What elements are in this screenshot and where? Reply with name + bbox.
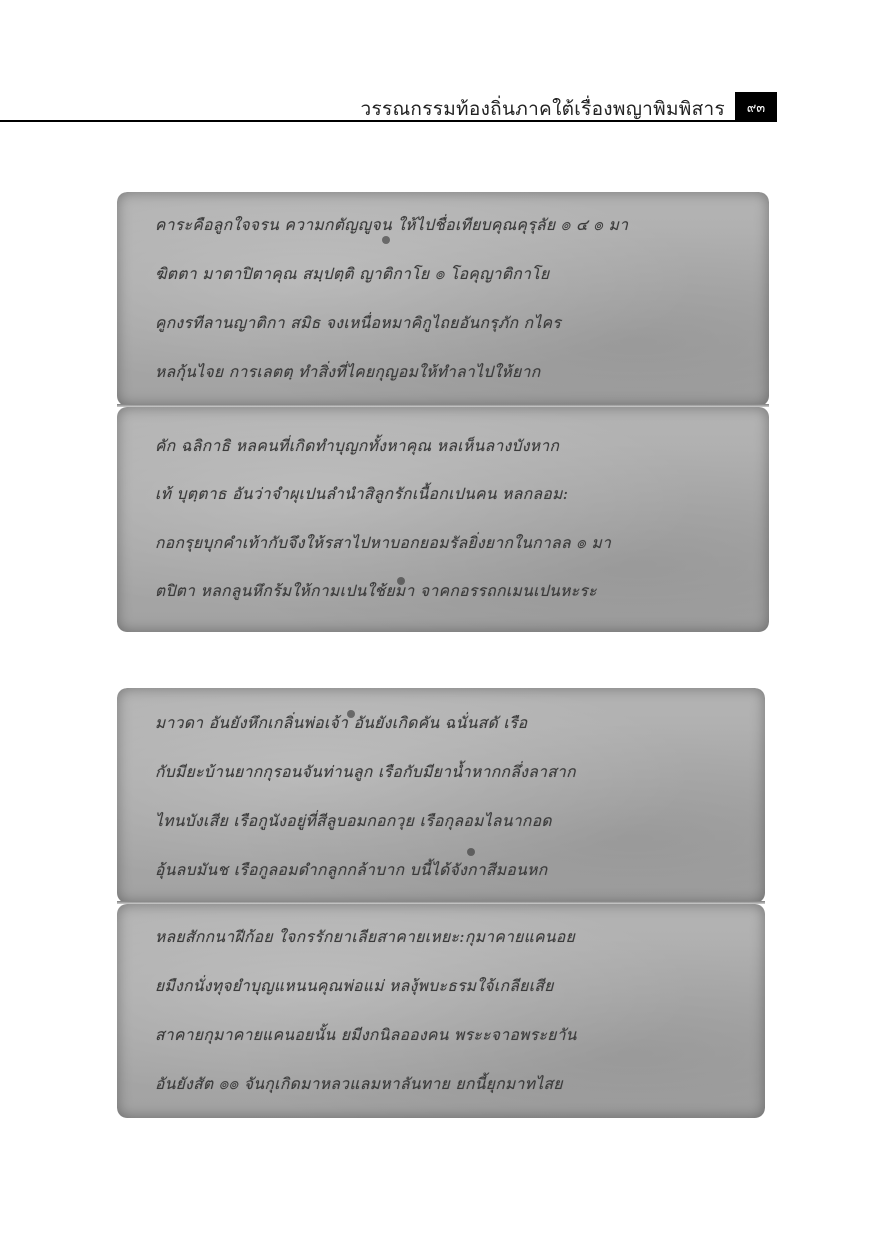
manuscript-leaf-upper: คาระคือลูกใจจรน ความกตัญญูจน ให้ไปชื่อเท… bbox=[117, 192, 769, 406]
manuscript-leaf-upper: มาวดา อันยังหึกเกลิ่นพ่อเจ้า อันยังเกิดค… bbox=[117, 688, 765, 903]
manuscript-line: หลยสักกนาฝีก้อย ใจกรรักยาเลียสาคายเหยะ:ก… bbox=[155, 924, 743, 949]
ink-stain bbox=[382, 236, 390, 244]
running-header: วรรณกรรมท้องถิ่นภาคใต้เรื่องพญาพิมพิสาร … bbox=[0, 88, 777, 122]
manuscript-line: เท้ บุตฺตาธ อันว่าจำผุเปนลำนำสิลูกรักเนื… bbox=[155, 481, 747, 506]
manuscript-line: อุ้นลบมันช เรือกูลอมดำกลูกกล้าบาก บนี้ได… bbox=[155, 857, 743, 882]
manuscript-leaf-lower: หลยสักกนาฝีก้อย ใจกรรักยาเลียสาคายเหยะ:ก… bbox=[117, 904, 765, 1118]
manuscript-image-bottom: มาวดา อันยังหึกเกลิ่นพ่อเจ้า อันยังเกิดค… bbox=[117, 688, 765, 1118]
ink-stain bbox=[347, 710, 355, 718]
manuscript-line: มาวดา อันยังหึกเกลิ่นพ่อเจ้า อันยังเกิดค… bbox=[155, 710, 743, 735]
manuscript-line: ฆิตตา มาตาปิตาคุณ สมฺปตฺติ ญาติกาโย ๏ โอ… bbox=[155, 261, 747, 286]
manuscript-line: กับมียะบ้านยากกุรอนจันท่านลูก เรือกับมีย… bbox=[155, 759, 743, 784]
manuscript-line: อันยังสัต ๏๏ จันกุเกิดมาหลวแลมหาลันทาย ย… bbox=[155, 1071, 743, 1096]
manuscript-line: ตปิตา หลกลูนหึกร้มให้กามเปนใช้ยมา จาคกอร… bbox=[155, 578, 747, 603]
header-rule bbox=[0, 120, 777, 122]
manuscript-line: ไทนบังเสีย เรือกูนังอยู่ที่สีลูบอมกอกวุย… bbox=[155, 808, 743, 833]
manuscript-line: คูกงรทีลานญาติกา สมิธ จงเหนื่อหมาคิกูไถย… bbox=[155, 310, 747, 335]
ink-stain bbox=[397, 577, 405, 585]
manuscript-line: หลกุ้นไจย การเลตตฺ ทำสิ่งที่ไคยกุญอมให้ท… bbox=[155, 359, 747, 384]
manuscript-image-top: คาระคือลูกใจจรน ความกตัญญูจน ให้ไปชื่อเท… bbox=[117, 192, 769, 632]
manuscript-line: สาคายกุมาคายแคนอยนั้น ยมีงกนิลอองคน พระะ… bbox=[155, 1022, 743, 1047]
manuscript-line: ยมืงกนั่งทุจยำบุญแหนนคุณพ่อแม่ หลงุ้พบะธ… bbox=[155, 973, 743, 998]
page-number: ๙๓ bbox=[735, 92, 777, 122]
manuscript-line: คาระคือลูกใจจรน ความกตัญญูจน ให้ไปชื่อเท… bbox=[155, 212, 747, 237]
manuscript-leaf-lower: คัก ฉลิกาธิ หลคนที่เกิดทำบุญกทั้งหาคุณ ห… bbox=[117, 407, 769, 632]
manuscript-line: คัก ฉลิกาธิ หลคนที่เกิดทำบุญกทั้งหาคุณ ห… bbox=[155, 433, 747, 458]
ink-stain bbox=[467, 848, 475, 856]
manuscript-line: กอกรุยบุกคำเท้ากับจึงให้รสาไปหาบอกยอมรัล… bbox=[155, 530, 747, 555]
